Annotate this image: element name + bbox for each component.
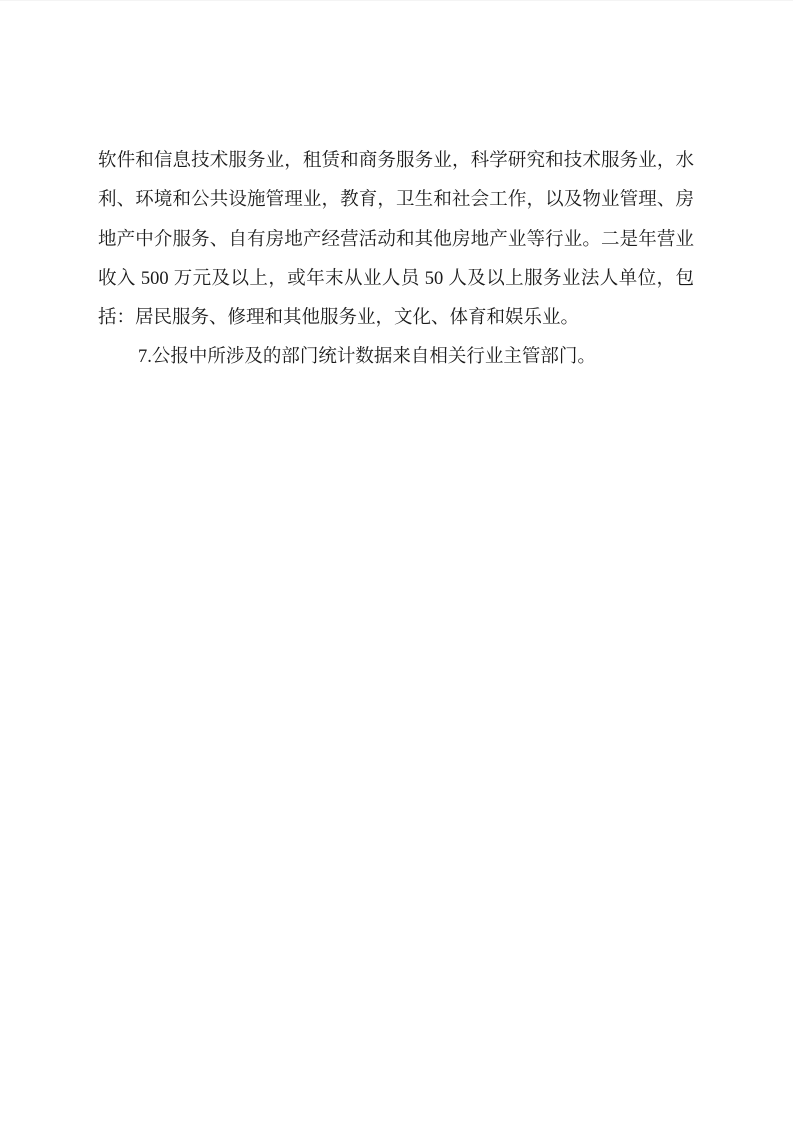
paragraph-line-5: 括：居民服务、修理和其他服务业，文化、体育和娱乐业。 bbox=[98, 299, 694, 338]
paragraph-line-1: 软件和信息技术服务业，租赁和商务服务业，科学研究和技术服务业，水 bbox=[98, 142, 694, 181]
paragraph-line-4: 收入 500 万元及以上，或年末从业人员 50 人及以上服务业法人单位，包 bbox=[98, 260, 694, 299]
paragraph-line-2: 利、环境和公共设施管理业，教育，卫生和社会工作，以及物业管理、房 bbox=[98, 181, 694, 220]
paragraph-line-3: 地产中介服务、自有房地产经营活动和其他房地产业等行业。二是年营业 bbox=[98, 221, 694, 260]
text-block: 软件和信息技术服务业，租赁和商务服务业，科学研究和技术服务业，水 利、环境和公共… bbox=[98, 142, 694, 378]
document-page: 软件和信息技术服务业，租赁和商务服务业，科学研究和技术服务业，水 利、环境和公共… bbox=[0, 0, 793, 1122]
paragraph-item-7: 7.公报中所涉及的部门统计数据来自相关行业主管部门。 bbox=[98, 338, 694, 377]
